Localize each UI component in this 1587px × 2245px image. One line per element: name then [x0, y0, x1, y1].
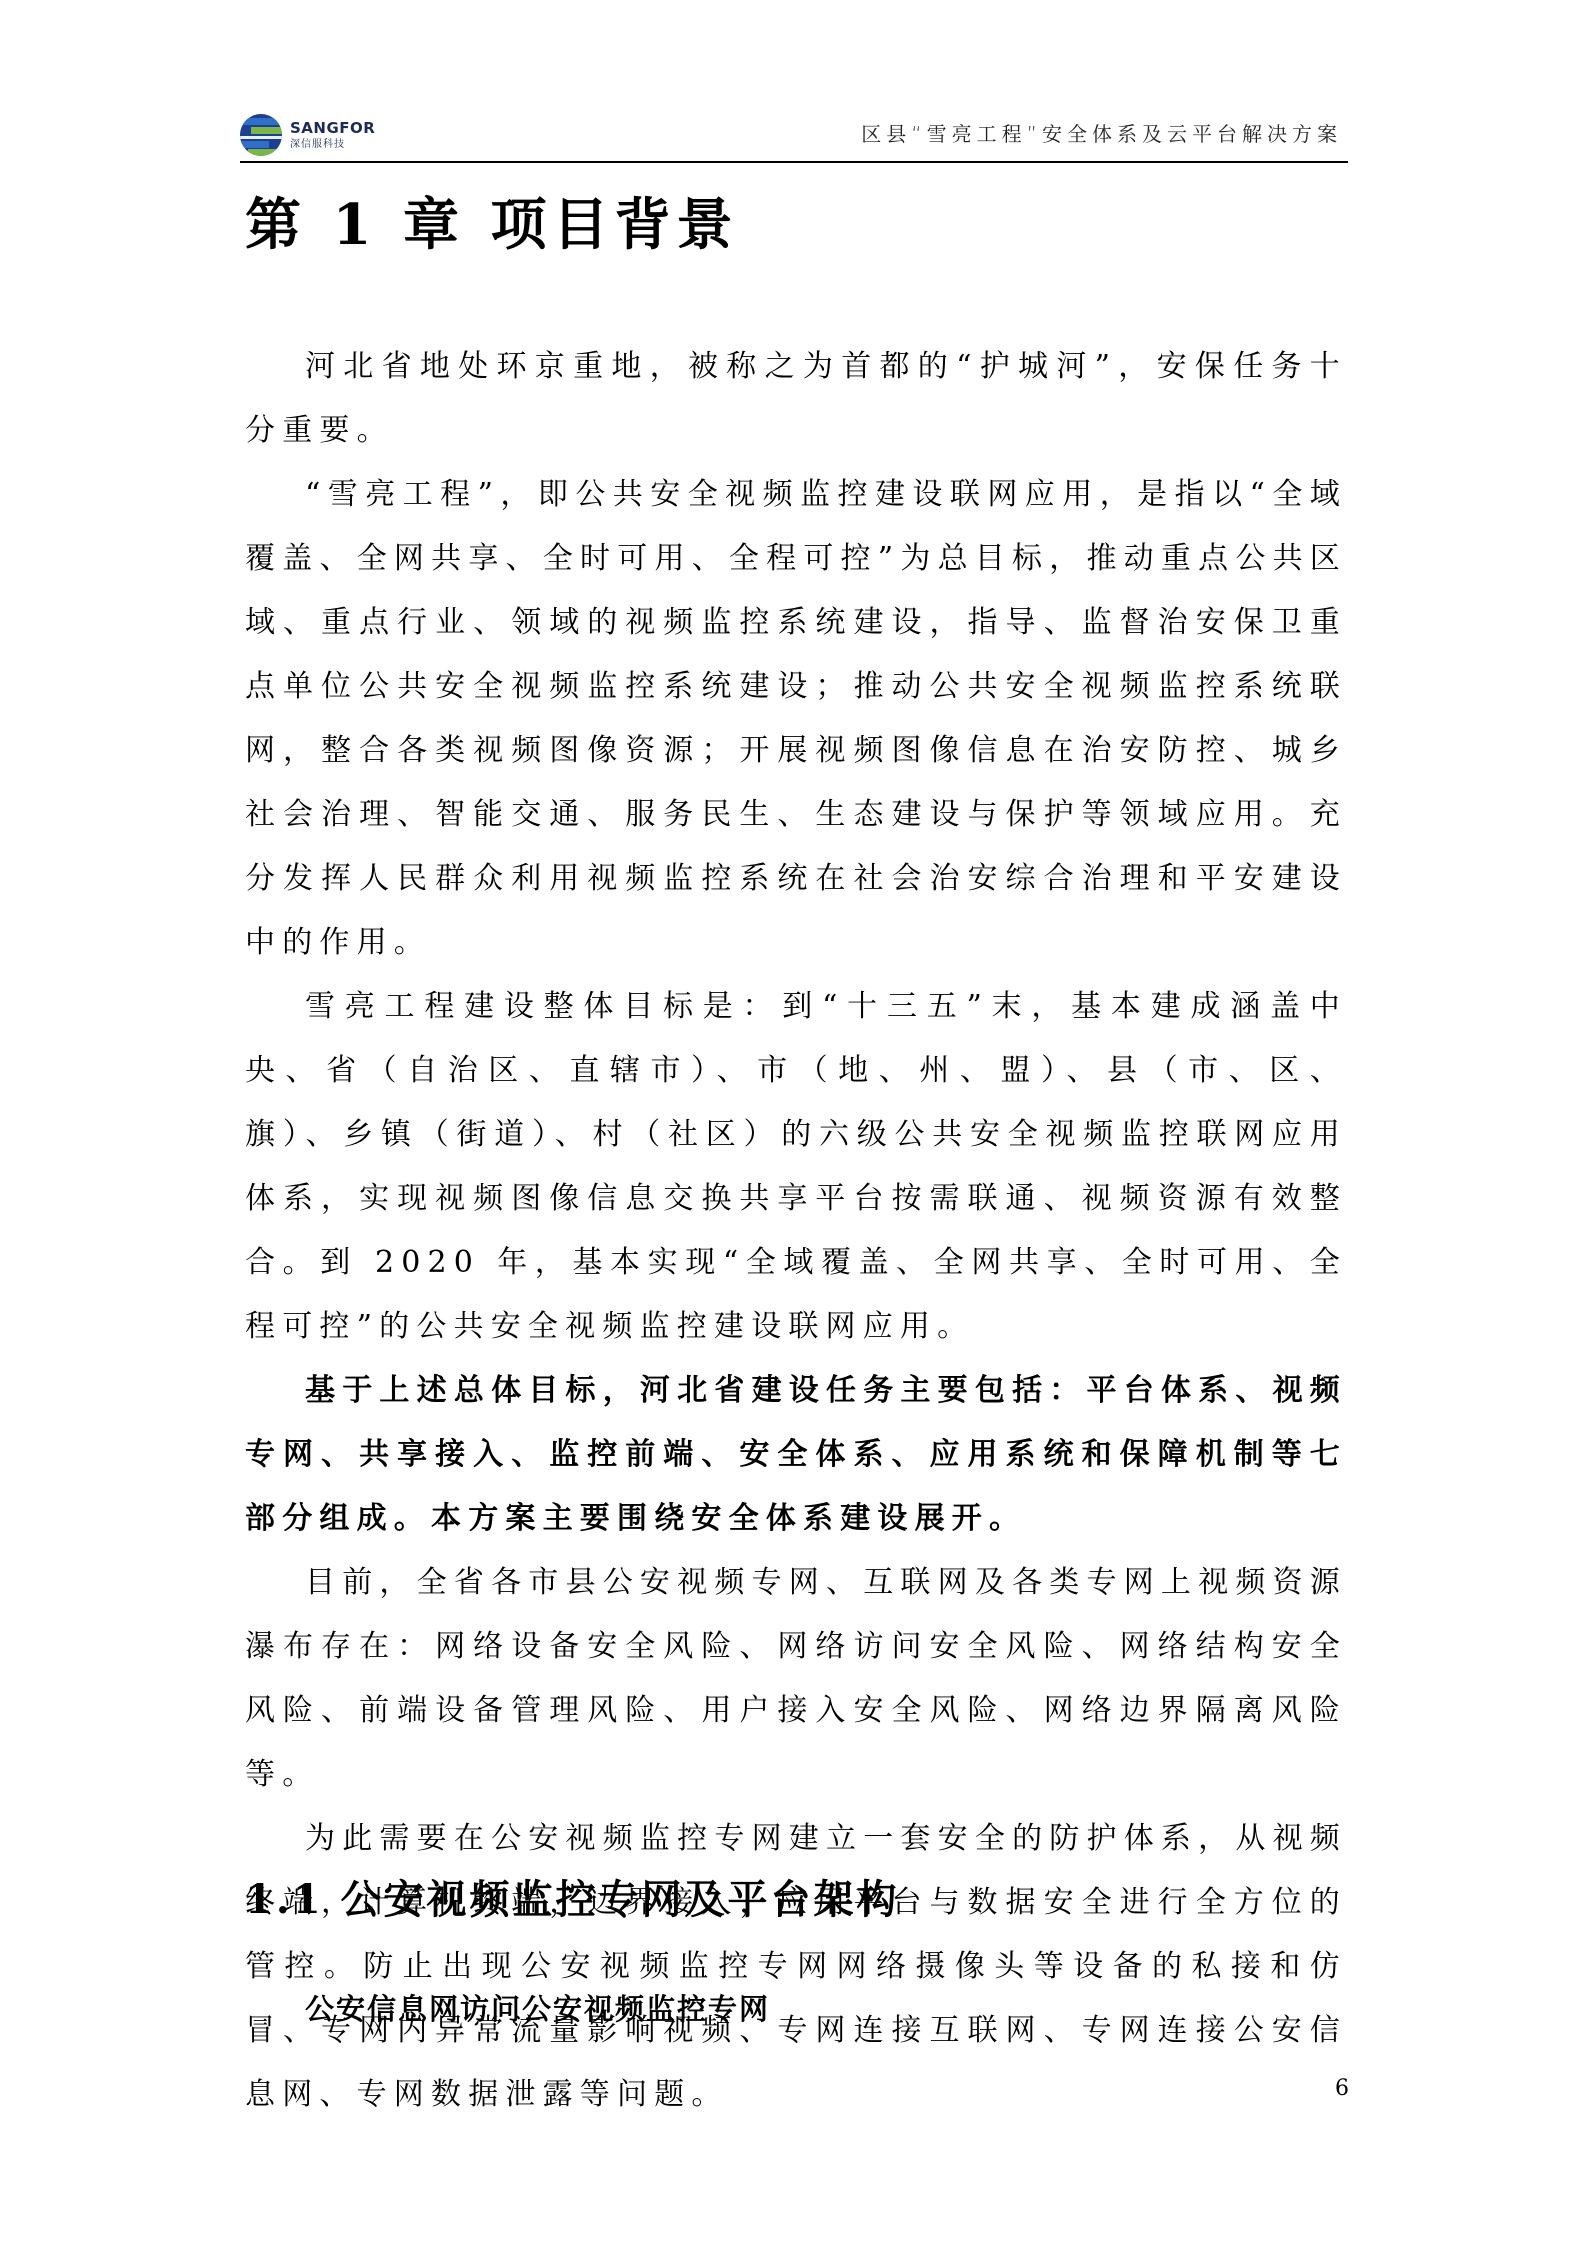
logo-brand-cn: 深信服科技: [290, 140, 375, 150]
paragraph: 为此需要在公安视频监控专网建立一套安全的防护体系，从视频终端，计算机终端，边界接…: [245, 1807, 1347, 2127]
paragraph: 目前，全省各市县公安视频专网、互联网及各类专网上视频资源瀑布存在：网络设备安全风…: [245, 1551, 1347, 1807]
page-number: 6: [1335, 2076, 1349, 2101]
header-rule: [240, 161, 1348, 163]
paragraph-bold: 基于上述总体目标，河北省建设任务主要包括：平台体系、视频专网、共享接入、监控前端…: [245, 1359, 1347, 1551]
page-header: SANGFOR 深信服科技 区县“雪亮工程”安全体系及云平台解决方案: [240, 110, 1348, 166]
paragraph: 雪亮工程建设整体目标是：到“十三五”末，基本建成涵盖中央、省（自治区、直辖市）、…: [245, 975, 1347, 1359]
sangfor-globe-icon: [240, 114, 282, 156]
subsection-title: 公安信息网访问公安视频监控专网: [305, 1995, 770, 2024]
sangfor-logo: SANGFOR 深信服科技: [240, 114, 375, 156]
document-title: 区县“雪亮工程”安全体系及云平台解决方案: [861, 118, 1342, 147]
body-text: 河北省地处环京重地，被称之为首都的“护城河”，安保任务十分重要。 “雪亮工程”，…: [245, 335, 1347, 2127]
logo-brand: SANGFOR: [290, 121, 375, 136]
paragraph: “雪亮工程”，即公共安全视频监控建设联网应用，是指以“全域覆盖、全网共享、全时可…: [245, 463, 1347, 975]
chapter-title: 第 1 章 项目背景: [245, 197, 738, 253]
paragraph: 河北省地处环京重地，被称之为首都的“护城河”，安保任务十分重要。: [245, 335, 1347, 463]
section-title: 1.1 公安视频监控专网及平台架构: [245, 1880, 900, 1920]
